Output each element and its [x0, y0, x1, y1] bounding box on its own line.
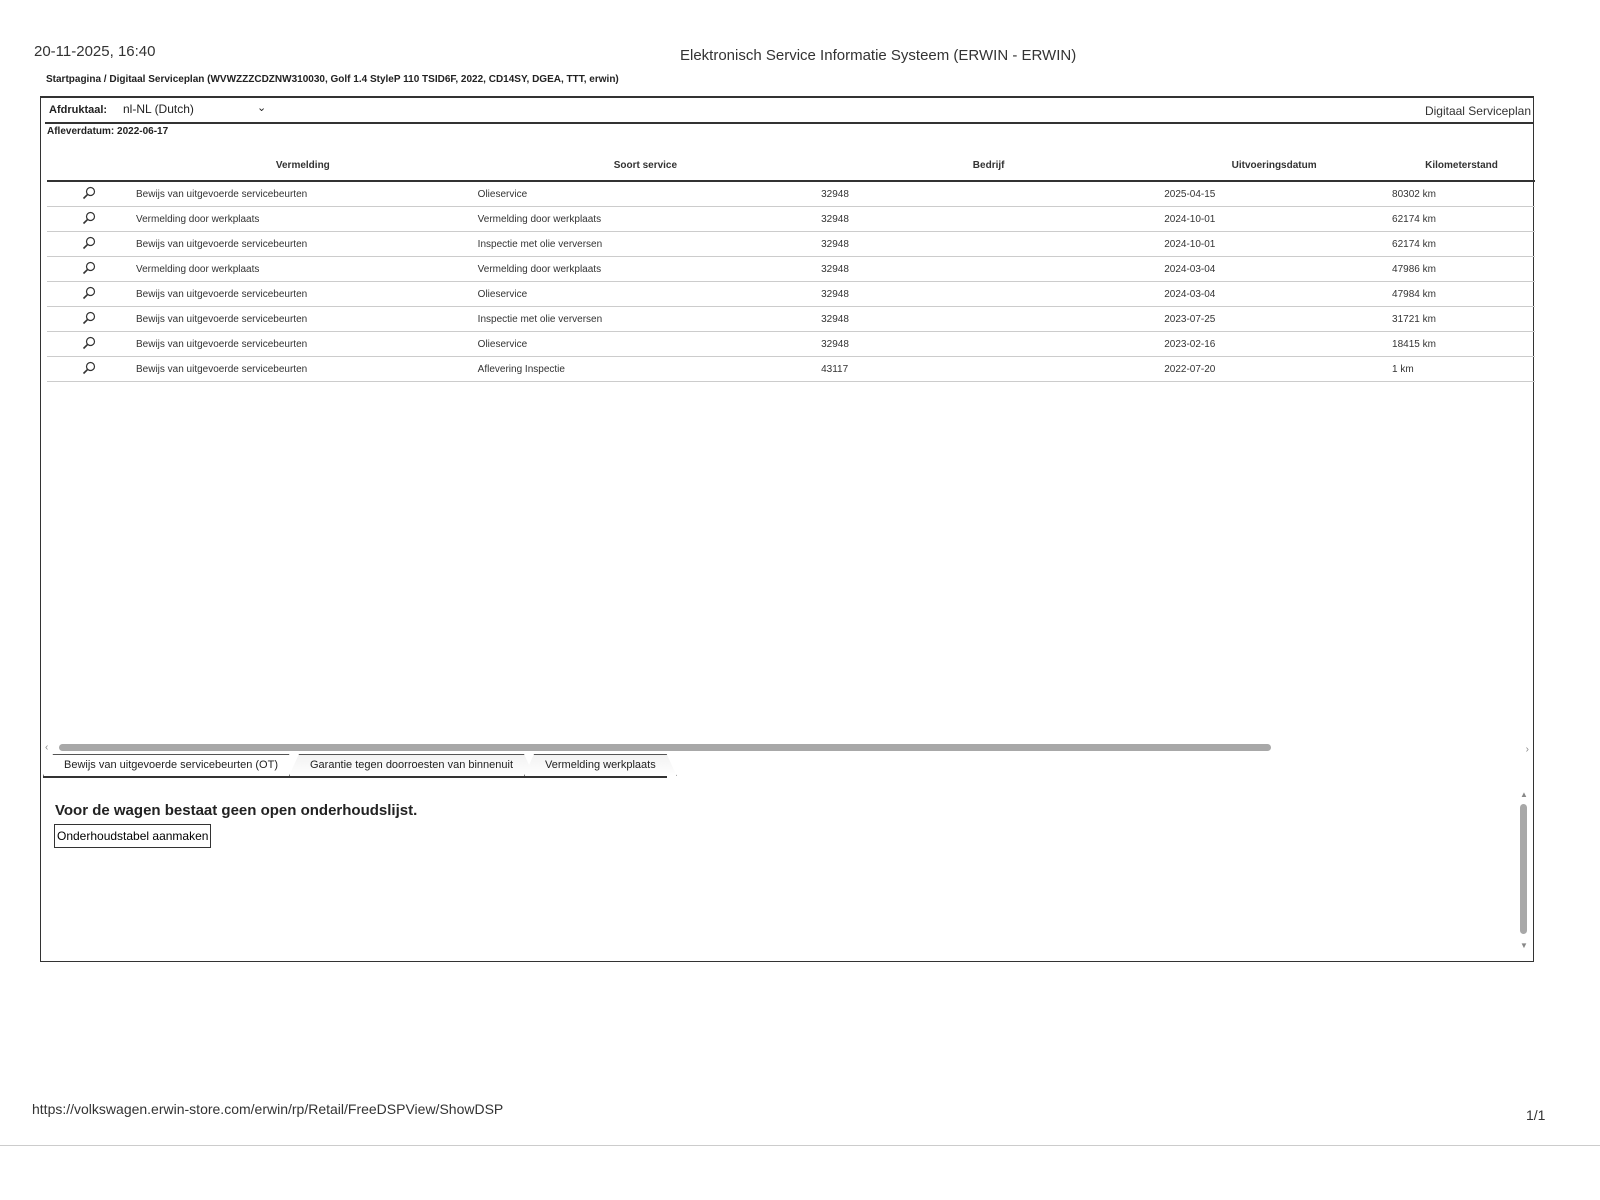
breadcrumb[interactable]: Startpagina / Digitaal Serviceplan (WVWZ…: [46, 74, 619, 85]
cell-company: 32948: [817, 307, 1160, 332]
cell-entry: Vermelding door werkplaats: [132, 207, 474, 232]
cell-entry: Bewijs van uitgevoerde servicebeurten: [132, 232, 474, 257]
cell-service-type: Olieservice: [474, 181, 817, 207]
cell-mileage: 31721 km: [1388, 307, 1535, 332]
cell-date: 2025-04-15: [1160, 181, 1388, 207]
cell-service-type: Vermelding door werkplaats: [474, 257, 817, 282]
cell-service-type: Inspectie met olie verversen: [474, 232, 817, 257]
view-details-cell[interactable]: [47, 282, 132, 307]
cell-service-type: Inspectie met olie verversen: [474, 307, 817, 332]
table-row[interactable]: Bewijs van uitgevoerde servicebeurtenAfl…: [47, 357, 1535, 382]
vertical-scrollbar[interactable]: ▲ ▼: [1519, 790, 1529, 950]
cell-entry: Bewijs van uitgevoerde servicebeurten: [132, 282, 474, 307]
column-header-bedrijf[interactable]: Bedrijf: [817, 150, 1160, 181]
no-open-maintenance-message: Voor de wagen bestaat geen open onderhou…: [55, 802, 417, 819]
cell-service-type: Olieservice: [474, 332, 817, 357]
service-history-table: VermeldingSoort serviceBedrijfUitvoering…: [47, 150, 1535, 382]
tab-3[interactable]: Vermelding werkplaats: [524, 754, 677, 776]
view-details-cell[interactable]: [47, 181, 132, 207]
toolbar: Afdruktaal: nl-NL (Dutch) ⌄ Digitaal Ser…: [45, 98, 1533, 124]
print-language-select[interactable]: nl-NL (Dutch) ⌄: [123, 102, 273, 116]
table-row[interactable]: Bewijs van uitgevoerde servicebeurtenIns…: [47, 307, 1535, 332]
page-number: 1/1: [1526, 1107, 1545, 1123]
print-url: https://volkswagen.erwin-store.com/erwin…: [32, 1101, 503, 1117]
cell-service-type: Vermelding door werkplaats: [474, 207, 817, 232]
magnifier-icon[interactable]: [82, 211, 96, 225]
column-header-vermelding[interactable]: Vermelding: [132, 150, 474, 181]
tab-2[interactable]: Garantie tegen doorroesten van binnenuit: [289, 754, 534, 776]
cell-date: 2024-10-01: [1160, 232, 1388, 257]
magnifier-icon[interactable]: [82, 236, 96, 250]
vertical-scroll-thumb[interactable]: [1520, 804, 1527, 934]
cell-company: 43117: [817, 357, 1160, 382]
cell-entry: Bewijs van uitgevoerde servicebeurten: [132, 332, 474, 357]
cell-mileage: 80302 km: [1388, 181, 1535, 207]
create-maintenance-table-button[interactable]: Onderhoudstabel aanmaken: [54, 824, 211, 848]
column-header-soort-service[interactable]: Soort service: [474, 150, 817, 181]
cell-entry: Bewijs van uitgevoerde servicebeurten: [132, 357, 474, 382]
panel-title: Digitaal Serviceplan: [1425, 104, 1531, 118]
cell-date: 2024-03-04: [1160, 257, 1388, 282]
cell-entry: Vermelding door werkplaats: [132, 257, 474, 282]
view-details-cell[interactable]: [47, 332, 132, 357]
scroll-right-icon[interactable]: ›: [1526, 744, 1529, 755]
view-details-cell[interactable]: [47, 257, 132, 282]
chevron-down-icon: ⌄: [257, 101, 266, 114]
cell-mileage: 1 km: [1388, 357, 1535, 382]
scroll-left-icon[interactable]: ‹: [45, 742, 48, 753]
cell-entry: Bewijs van uitgevoerde servicebeurten: [132, 307, 474, 332]
table-header-row: VermeldingSoort serviceBedrijfUitvoering…: [47, 150, 1535, 181]
magnifier-icon[interactable]: [82, 286, 96, 300]
cell-service-type: Olieservice: [474, 282, 817, 307]
cell-service-type: Aflevering Inspectie: [474, 357, 817, 382]
cell-date: 2023-07-25: [1160, 307, 1388, 332]
cell-date: 2023-02-16: [1160, 332, 1388, 357]
cell-entry: Bewijs van uitgevoerde servicebeurten: [132, 181, 474, 207]
magnifier-icon[interactable]: [82, 261, 96, 275]
service-plan-panel: Afdruktaal: nl-NL (Dutch) ⌄ Digitaal Ser…: [40, 96, 1534, 962]
table-row[interactable]: Bewijs van uitgevoerde servicebeurtenIns…: [47, 232, 1535, 257]
table-row[interactable]: Bewijs van uitgevoerde servicebeurtenOli…: [47, 181, 1535, 207]
cell-mileage: 47986 km: [1388, 257, 1535, 282]
tab-bar: Bewijs van uitgevoerde servicebeurten (O…: [43, 754, 667, 778]
cell-company: 32948: [817, 332, 1160, 357]
column-header-uitvoeringsdatum[interactable]: Uitvoeringsdatum: [1160, 150, 1388, 181]
cell-company: 32948: [817, 207, 1160, 232]
view-details-cell[interactable]: [47, 357, 132, 382]
magnifier-icon[interactable]: [82, 186, 96, 200]
print-page-title: Elektronisch Service Informatie Systeem …: [680, 47, 1076, 64]
scroll-down-icon[interactable]: ▼: [1520, 941, 1528, 950]
cell-mileage: 47984 km: [1388, 282, 1535, 307]
view-details-cell[interactable]: [47, 307, 132, 332]
tab-1[interactable]: Bewijs van uitgevoerde servicebeurten (O…: [43, 754, 299, 776]
column-header-icon[interactable]: [47, 150, 132, 181]
scroll-up-icon[interactable]: ▲: [1520, 790, 1528, 799]
delivery-date: Afleverdatum: 2022-06-17: [47, 126, 168, 137]
cell-date: 2024-10-01: [1160, 207, 1388, 232]
view-details-cell[interactable]: [47, 207, 132, 232]
cell-mileage: 18415 km: [1388, 332, 1535, 357]
print-datetime: 20-11-2025, 16:40: [34, 43, 156, 60]
cell-company: 32948: [817, 282, 1160, 307]
table-row[interactable]: Bewijs van uitgevoerde servicebeurtenOli…: [47, 282, 1535, 307]
horizontal-scrollbar[interactable]: ‹ ›: [45, 742, 1529, 754]
cell-date: 2022-07-20: [1160, 357, 1388, 382]
view-details-cell[interactable]: [47, 232, 132, 257]
cell-mileage: 62174 km: [1388, 207, 1535, 232]
print-language-label: Afdruktaal:: [49, 104, 107, 116]
table-row[interactable]: Vermelding door werkplaatsVermelding doo…: [47, 257, 1535, 282]
cell-company: 32948: [817, 181, 1160, 207]
magnifier-icon[interactable]: [82, 311, 96, 325]
magnifier-icon[interactable]: [82, 361, 96, 375]
page-divider: [0, 1145, 1600, 1146]
print-language-value: nl-NL (Dutch): [123, 102, 194, 116]
table-row[interactable]: Vermelding door werkplaatsVermelding doo…: [47, 207, 1535, 232]
cell-date: 2024-03-04: [1160, 282, 1388, 307]
horizontal-scroll-thumb[interactable]: [59, 744, 1271, 751]
column-header-kilometerstand[interactable]: Kilometerstand: [1388, 150, 1535, 181]
table-row[interactable]: Bewijs van uitgevoerde servicebeurtenOli…: [47, 332, 1535, 357]
cell-company: 32948: [817, 232, 1160, 257]
cell-mileage: 62174 km: [1388, 232, 1535, 257]
cell-company: 32948: [817, 257, 1160, 282]
magnifier-icon[interactable]: [82, 336, 96, 350]
